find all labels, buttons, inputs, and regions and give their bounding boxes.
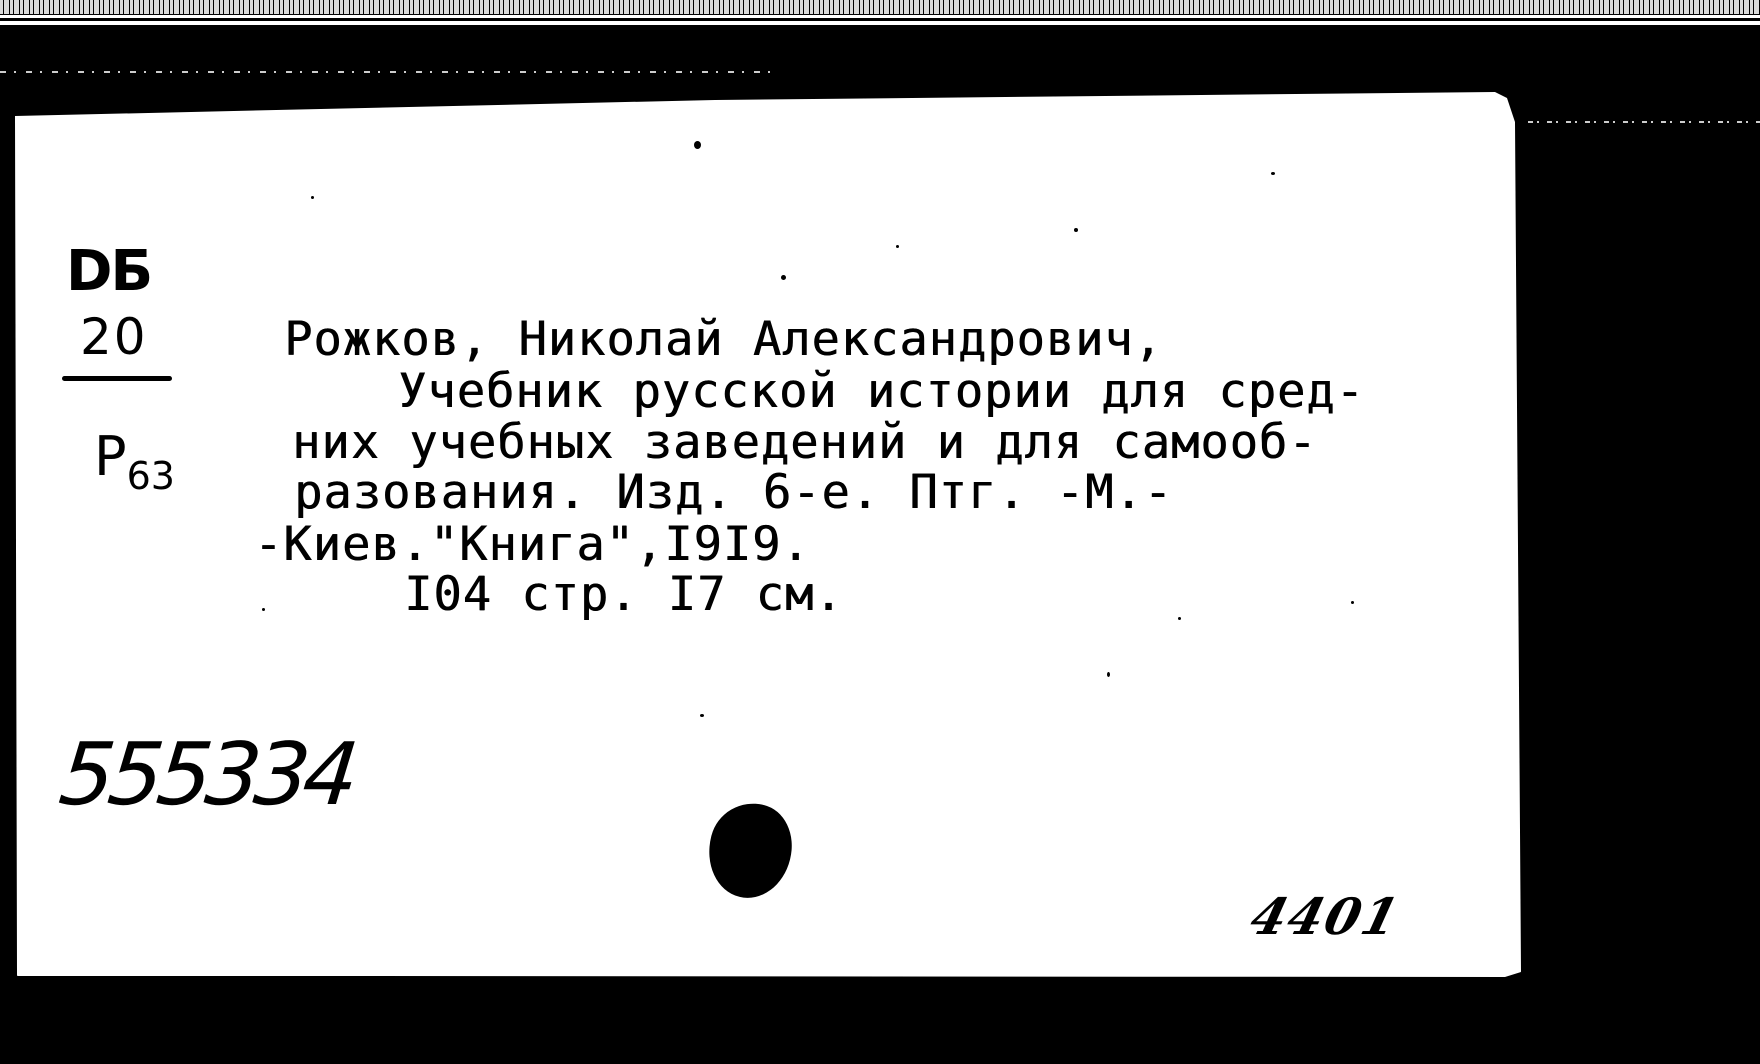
call-number-line-3: P63	[94, 430, 175, 495]
entry-physical-description: I04 стр. I7 см.	[404, 571, 843, 618]
inventory-number: 555334	[55, 732, 356, 818]
speck	[1271, 172, 1275, 175]
entry-author: Рожков, Николай Александрович,	[284, 316, 1163, 363]
call-number-line-2: 20	[80, 312, 148, 362]
scan-artifact-line	[0, 15, 1760, 18]
call-number-letter: P	[94, 425, 127, 488]
speck	[896, 245, 899, 248]
call-number-line-1: DБ	[66, 244, 151, 300]
speck	[1107, 672, 1110, 677]
call-number-subscript: 63	[127, 454, 175, 498]
speck	[1074, 228, 1078, 232]
speck	[1351, 601, 1354, 604]
speck	[1178, 617, 1181, 620]
entry-title-line: Учебник русской истории для сред-	[398, 368, 1365, 415]
call-number-divider	[62, 376, 172, 381]
entry-publisher-line: -Киев."Книга",I9I9.	[254, 521, 811, 568]
scan-artifact-dots	[1528, 121, 1760, 123]
entry-edition-line: разования. Изд. 6-е. Птг. -М.-	[294, 469, 1173, 516]
speck	[700, 714, 704, 717]
speck	[694, 141, 701, 149]
speck	[262, 608, 265, 611]
entry-title-line: них учебных заведений и для самооб-	[292, 419, 1317, 466]
scan-artifact-line	[0, 21, 1760, 25]
speck	[311, 196, 314, 199]
scan-noise-strip	[0, 0, 1760, 14]
corner-number: 4401	[1246, 892, 1406, 942]
speck	[781, 275, 786, 280]
scan-artifact-dots	[0, 71, 780, 73]
